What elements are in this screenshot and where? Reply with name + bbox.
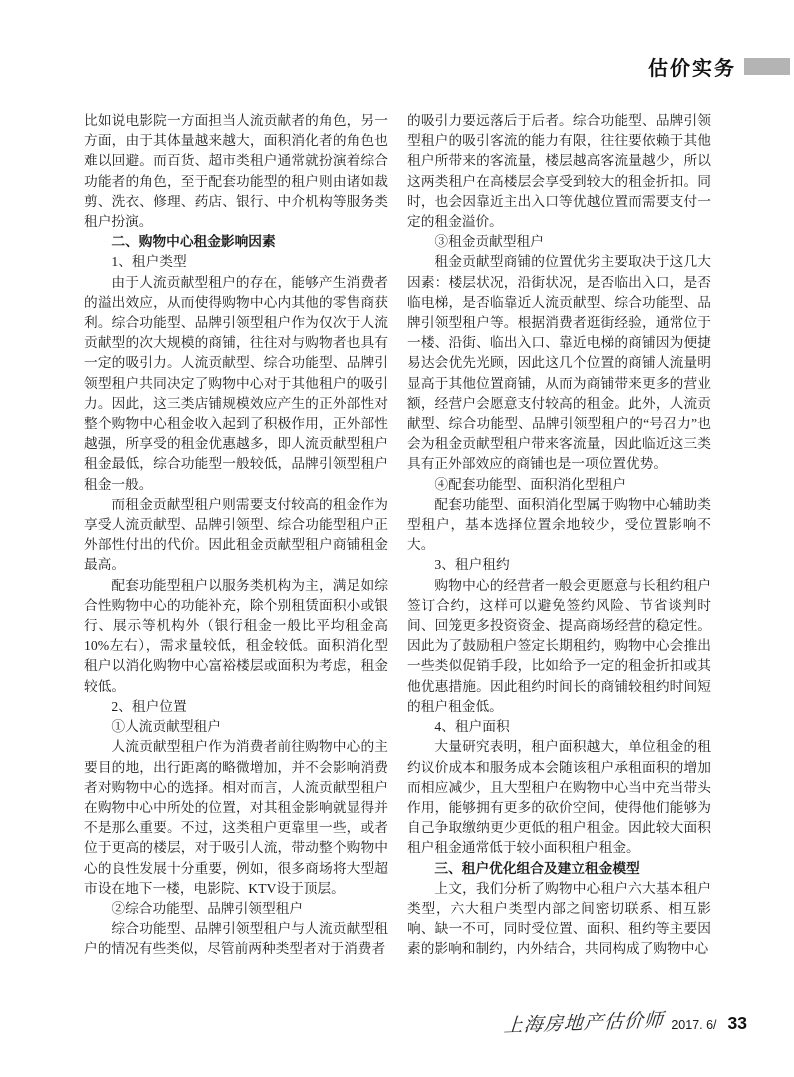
- section-heading: 二、购物中心租金影响因素: [84, 232, 388, 252]
- document-page: 估价实务 比如说电影院一方面担当人流贡献者的角色，另一方面，由于其体量越来越大，…: [0, 0, 794, 1077]
- issue-date: 2017. 6/: [671, 1018, 716, 1032]
- page-header: 估价实务: [648, 52, 790, 81]
- section-label: 估价实务: [648, 52, 736, 81]
- paragraph: 租金贡献型商铺的位置优劣主要取决于这几大因素：楼层状况，沿街状况，是否临出入口，…: [407, 252, 711, 474]
- right-column: 的吸引力要远落后于后者。综合功能型、品牌引领型租户的吸引客流的能力有限，往往要依…: [407, 111, 711, 960]
- paragraph: 配套功能型、面积消化型属于购物中心辅助类型租户，基本选择位置余地较少，受位置影响…: [407, 495, 711, 556]
- paragraph-continuation: 比如说电影院一方面担当人流贡献者的角色，另一方面，由于其体量越来越大，面积消化者…: [84, 111, 388, 232]
- paragraph-continuation: 的吸引力要远落后于后者。综合功能型、品牌引领型租户的吸引客流的能力有限，往往要依…: [407, 111, 711, 232]
- journal-logo: 上海房地产估价师: [503, 1005, 665, 1038]
- list-item-heading: ③租金贡献型租户: [407, 232, 711, 252]
- header-decoration-block: [744, 58, 790, 75]
- paragraph: 而租金贡献型租户则需要支付较高的租金作为享受人流贡献型、品牌引领型、综合功能型租…: [84, 495, 388, 576]
- list-item-heading: ②综合功能型、品牌引领型租户: [84, 899, 388, 919]
- subsection-heading: 2、租户位置: [84, 697, 388, 717]
- list-item-heading: ④配套功能型、面积消化型租户: [407, 475, 711, 495]
- paragraph: 由于人流贡献型租户的存在，能够产生消费者的溢出效应，从而使得购物中心内其他的零售…: [84, 273, 388, 495]
- paragraph: 人流贡献型租户作为消费者前往购物中心的主要目的地，出行距离的略微增加，并不会影响…: [84, 737, 388, 899]
- left-column: 比如说电影院一方面担当人流贡献者的角色，另一方面，由于其体量越来越大，面积消化者…: [84, 111, 388, 960]
- paragraph: 配套功能型租户以服务类机构为主，满足如综合性购物中心的功能补充，除个别租赁面积小…: [84, 576, 388, 697]
- paragraph: 综合功能型、品牌引领型租户与人流贡献型租户的情况有些类似，尽管前两种类型者对于消…: [84, 919, 388, 959]
- page-number: 33: [728, 1013, 747, 1034]
- paragraph: 上文，我们分析了购物中心租户六大基本租户类型，六大租户类型内部之间密切联系、相互…: [407, 879, 711, 960]
- list-item-heading: ①人流贡献型租户: [84, 717, 388, 737]
- page-footer: 上海房地产估价师 2017. 6/ 33: [504, 1008, 747, 1035]
- subsection-heading: 1、租户类型: [84, 252, 388, 272]
- subsection-heading: 3、租户租约: [407, 555, 711, 575]
- subsection-heading: 4、租户面积: [407, 717, 711, 737]
- paragraph: 购物中心的经营者一般会更愿意与长租约租户签订合约，这样可以避免签约风险、节省谈判…: [407, 576, 711, 717]
- two-column-content: 比如说电影院一方面担当人流贡献者的角色，另一方面，由于其体量越来越大，面积消化者…: [84, 111, 711, 960]
- paragraph: 大量研究表明，租户面积越大，单位租金的租约议价成本和服务成本会随该租户承租面积的…: [407, 737, 711, 858]
- section-heading: 三、租户优化组合及建立租金模型: [407, 859, 711, 879]
